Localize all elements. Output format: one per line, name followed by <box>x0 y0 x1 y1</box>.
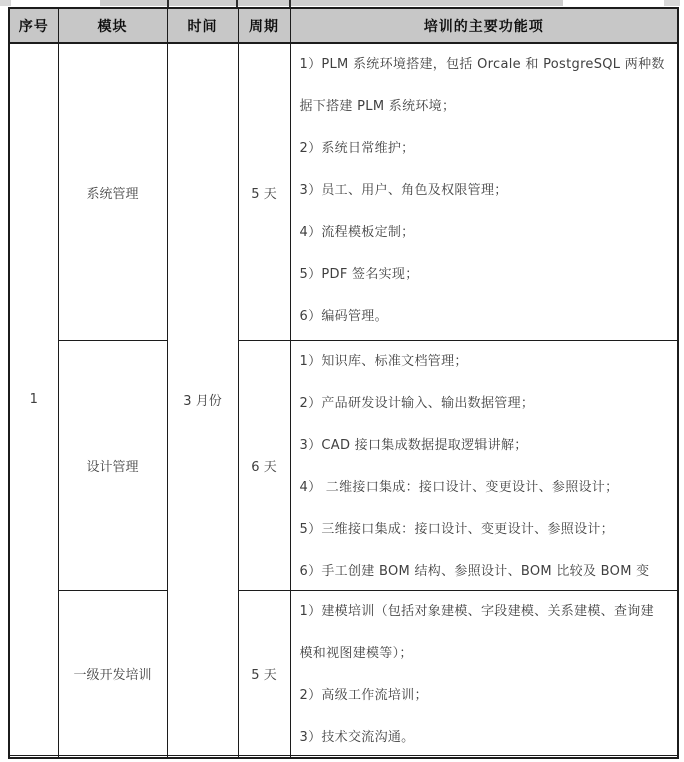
cell-duration-dev-training: 5 天 <box>238 591 290 756</box>
cell-module-system: 系统管理 <box>58 43 167 341</box>
cell-duration-system: 5 天 <box>238 43 290 341</box>
training-item: 4）流程模板定制； <box>300 212 666 254</box>
training-item: 6）编码管理。 <box>300 296 666 338</box>
training-item: 4） 二维接口集成：接口设计、变更设计、参照设计； <box>300 467 666 509</box>
training-item: 2）系统日常维护； <box>300 128 666 170</box>
training-item: 2）高级工作流培训； <box>300 675 666 717</box>
cropped-row-border-tick <box>167 0 169 7</box>
col-header-time: 时间 <box>167 8 238 43</box>
document-page: 序号 模块 时间 周期 培训的主要功能项 1 系统管理 3 月份 5 天 1）P… <box>0 0 684 762</box>
cropped-cell <box>58 756 167 758</box>
training-item: 1）知识库、标准文档管理； <box>300 341 666 383</box>
cell-items-system: 1）PLM 系统环境搭建，包括 Orcale 和 PostgreSQL 两种数据… <box>290 43 678 341</box>
cell-module-dev-training: 一级开发培训 <box>58 591 167 756</box>
cell-module-design: 设计管理 <box>58 341 167 591</box>
col-header-cycle: 周期 <box>238 8 290 43</box>
cropped-next-row <box>9 756 678 758</box>
cropped-cell <box>238 756 290 758</box>
items-list: 1）建模培训（包括对象建模、字段建模、关系建模、查询建模和视图建模等）； 2）高… <box>291 591 678 755</box>
col-header-module: 模块 <box>58 8 167 43</box>
cropped-row-artifact-bar <box>100 0 563 6</box>
training-item: 5）PDF 签名实现； <box>300 254 666 296</box>
items-list: 1）PLM 系统环境搭建，包括 Orcale 和 PostgreSQL 两种数据… <box>291 44 678 340</box>
col-header-functions: 培训的主要功能项 <box>290 8 678 43</box>
training-item: 3）员工、用户、角色及权限管理； <box>300 170 666 212</box>
table-row: 1 系统管理 3 月份 5 天 1）PLM 系统环境搭建，包括 Orcale 和… <box>9 43 678 341</box>
cropped-row-artifact-right <box>664 0 680 6</box>
cell-duration-design: 6 天 <box>238 341 290 591</box>
training-item: 1）PLM 系统环境搭建，包括 Orcale 和 PostgreSQL 两种数据… <box>300 44 666 128</box>
cropped-cell <box>290 756 678 758</box>
cell-items-design: 1）知识库、标准文档管理； 2）产品研发设计输入、输出数据管理； 3）CAD 接… <box>290 341 678 591</box>
cell-time: 3 月份 <box>167 43 238 756</box>
cell-index: 1 <box>9 43 58 756</box>
training-item: 1）建模培训（包括对象建模、字段建模、关系建模、查询建模和视图建模等）； <box>300 591 666 675</box>
table-row: 一级开发培训 5 天 1）建模培训（包括对象建模、字段建模、关系建模、查询建模和… <box>9 591 678 756</box>
training-item: 6）手工创建 BOM 结构、参照设计、BOM 比较及 BOM 变更。 <box>300 551 666 590</box>
cropped-cell <box>167 756 238 758</box>
col-header-index: 序号 <box>9 8 58 43</box>
items-list: 1）知识库、标准文档管理； 2）产品研发设计输入、输出数据管理； 3）CAD 接… <box>291 341 678 590</box>
training-item: 2）产品研发设计输入、输出数据管理； <box>300 383 666 425</box>
training-item: 3）CAD 接口集成数据提取逻辑讲解； <box>300 425 666 467</box>
cropped-row-border-tick <box>289 0 291 7</box>
header-row: 序号 模块 时间 周期 培训的主要功能项 <box>9 8 678 43</box>
training-item: 3）技术交流沟通。 <box>300 717 666 755</box>
training-item: 5）三维接口集成：接口设计、变更设计、参照设计； <box>300 509 666 551</box>
cropped-row-border-tick <box>236 0 238 7</box>
cell-items-dev-training: 1）建模培训（包括对象建模、字段建模、关系建模、查询建模和视图建模等）； 2）高… <box>290 591 678 756</box>
cropped-row-artifact-left <box>0 0 11 6</box>
table-row: 设计管理 6 天 1）知识库、标准文档管理； 2）产品研发设计输入、输出数据管理… <box>9 341 678 591</box>
training-schedule-table: 序号 模块 时间 周期 培训的主要功能项 1 系统管理 3 月份 5 天 1）P… <box>8 7 679 759</box>
cropped-cell <box>9 756 58 758</box>
